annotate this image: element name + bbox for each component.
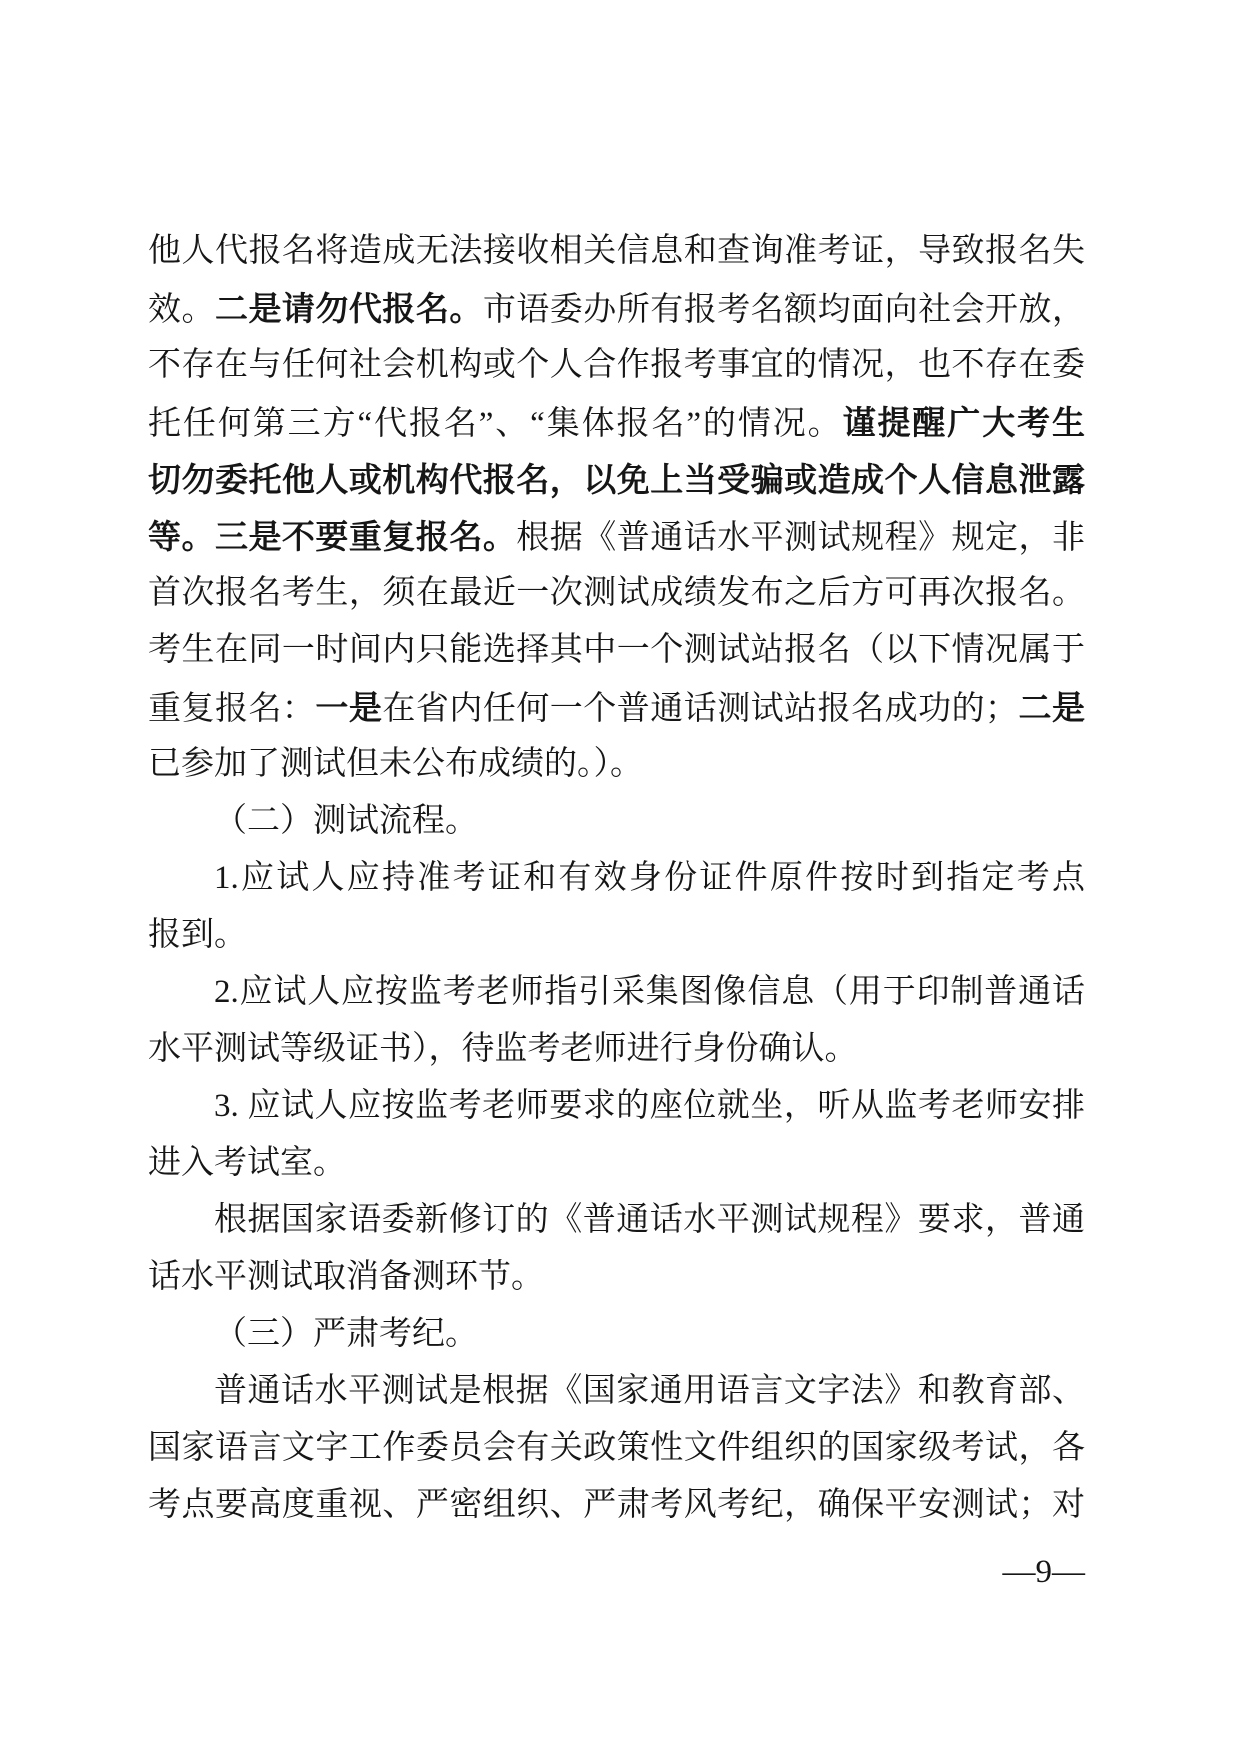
text-line: 1.应试人应持准考证和有效身份证件原件按时到指定考点 [148, 850, 1085, 907]
text-run: 进入考试室。 [148, 1145, 346, 1181]
text-run: 3. 应试人应按监考老师要求的座位就坐，听从监考老师安排 [214, 1088, 1085, 1124]
text-line: （三）严肃考纪。 [148, 1306, 1085, 1363]
text-line: （二）测试流程。 [148, 793, 1085, 850]
text-run: 根据《普通话水平测试规程》规定，非 [516, 520, 1085, 556]
text-run: 根据国家语委新修订的《普通话水平测试规程》要求，普通 [214, 1202, 1085, 1238]
text-run: 考点要高度重视、严密组织、严肃考风考纪，确保平安测试；对 [148, 1487, 1085, 1523]
text-line: 考点要高度重视、严密组织、严肃考风考纪，确保平安测试；对 [148, 1477, 1085, 1534]
text-run: 考生在同一时间内只能选择其中一个测试站报名（以下情况属于 [148, 632, 1085, 668]
text-line: 他人代报名将造成无法接收相关信息和查询准考证，导致报名失 [148, 223, 1085, 280]
bold-text-run: 切勿委托他人或机构代报名，以免上当受骗或造成个人信息泄露 [148, 461, 1085, 498]
text-run: 在省内任何一个普通话测试站报名成功的； [382, 691, 1018, 727]
text-line: 等。三是不要重复报名。根据《普通话水平测试规程》规定，非 [148, 508, 1085, 565]
text-line: 不存在与任何社会机构或个人合作报考事宜的情况，也不存在委 [148, 337, 1085, 394]
text-line: 进入考试室。 [148, 1135, 1085, 1192]
text-run: 托任何第三方“代报名”、“集体报名”的情况。 [148, 406, 843, 442]
bold-text-run: 等。三是不要重复报名。 [148, 518, 516, 555]
text-line: 首次报名考生，须在最近一次测试成绩发布之后方可再次报名。 [148, 565, 1085, 622]
text-run: 国家语言文字工作委员会有关政策性文件组织的国家级考试，各 [148, 1430, 1085, 1466]
text-line: 重复报名：一是在省内任何一个普通话测试站报名成功的；二是 [148, 679, 1085, 736]
text-run: 普通话水平测试是根据《国家通用语言文字法》和教育部、 [214, 1373, 1085, 1409]
text-run: 报到。 [148, 917, 247, 953]
text-run: 重复报名： [148, 691, 315, 727]
text-run: 话水平测试取消备测环节。 [148, 1259, 544, 1295]
text-run: 他人代报名将造成无法接收相关信息和查询准考证，导致报名失 [148, 233, 1085, 269]
text-line: 切勿委托他人或机构代报名，以免上当受骗或造成个人信息泄露 [148, 451, 1085, 508]
text-run: （二）测试流程。 [214, 803, 478, 839]
page-number: —9— [1003, 1551, 1086, 1593]
text-line: 报到。 [148, 907, 1085, 964]
document-body: 他人代报名将造成无法接收相关信息和查询准考证，导致报名失效。二是请勿代报名。市语… [148, 223, 1085, 1534]
text-line: 话水平测试取消备测环节。 [148, 1249, 1085, 1306]
text-run: 已参加了测试但未公布成绩的。）。 [148, 746, 643, 782]
text-line: 水平测试等级证书），待监考老师进行身份确认。 [148, 1021, 1085, 1078]
bold-text-run: 谨提醒广大考生 [843, 404, 1085, 441]
text-line: 托任何第三方“代报名”、“集体报名”的情况。谨提醒广大考生 [148, 394, 1085, 451]
text-run: （三）严肃考纪。 [214, 1316, 478, 1352]
text-run: 效。 [148, 292, 215, 328]
text-line: 效。二是请勿代报名。市语委办所有报考名额均面向社会开放， [148, 280, 1085, 337]
text-line: 根据国家语委新修订的《普通话水平测试规程》要求，普通 [148, 1192, 1085, 1249]
text-line: 3. 应试人应按监考老师要求的座位就坐，听从监考老师安排 [148, 1078, 1085, 1135]
text-run: 不存在与任何社会机构或个人合作报考事宜的情况，也不存在委 [148, 347, 1085, 383]
bold-text-run: 一是 [315, 689, 382, 726]
text-line: 2.应试人应按监考老师指引采集图像信息（用于印制普通话 [148, 964, 1085, 1021]
text-run: 水平测试等级证书），待监考老师进行身份确认。 [148, 1031, 858, 1067]
bold-text-run: 二是 [1018, 689, 1085, 726]
text-line: 已参加了测试但未公布成绩的。）。 [148, 736, 1085, 793]
text-run: 2.应试人应按监考老师指引采集图像信息（用于印制普通话 [214, 974, 1085, 1010]
text-run: 市语委办所有报考名额均面向社会开放， [483, 292, 1085, 328]
document-page: 他人代报名将造成无法接收相关信息和查询准考证，导致报名失效。二是请勿代报名。市语… [0, 0, 1240, 1754]
text-line: 普通话水平测试是根据《国家通用语言文字法》和教育部、 [148, 1363, 1085, 1420]
text-line: 考生在同一时间内只能选择其中一个测试站报名（以下情况属于 [148, 622, 1085, 679]
text-line: 国家语言文字工作委员会有关政策性文件组织的国家级考试，各 [148, 1420, 1085, 1477]
text-run: 1.应试人应持准考证和有效身份证件原件按时到指定考点 [214, 860, 1085, 896]
bold-text-run: 二是请勿代报名。 [215, 290, 483, 327]
text-run: 首次报名考生，须在最近一次测试成绩发布之后方可再次报名。 [148, 575, 1085, 611]
